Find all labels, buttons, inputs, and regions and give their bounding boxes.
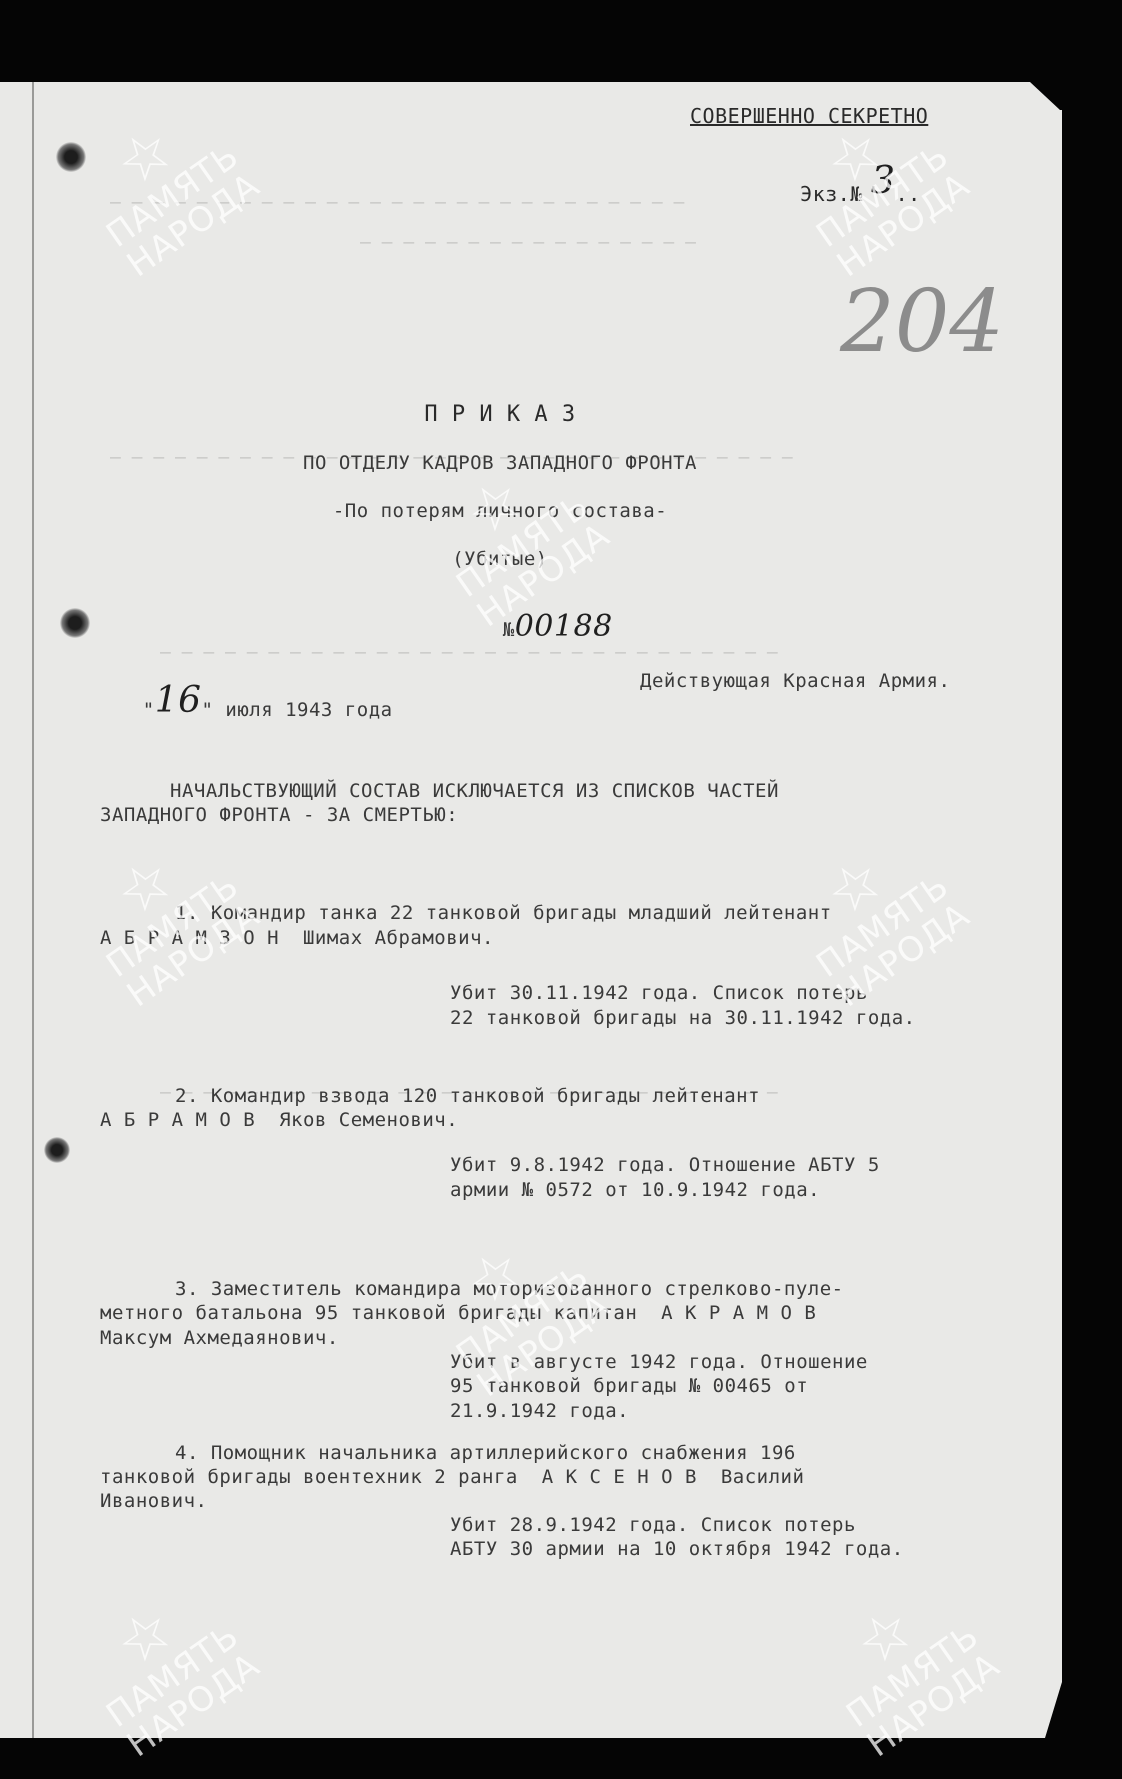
entry-note: 22 танковой бригады на 30.11.1942 года. (450, 1007, 916, 1029)
preamble-line: НАЧАЛЬСТВУЮЩИЙ СОСТАВ ИСКЛЮЧАЕТСЯ ИЗ СПИ… (170, 780, 779, 802)
entry-line: А Б Р А М О В Яков Семенович. (100, 1109, 458, 1131)
order-date: "16" июля 1943 года (95, 662, 393, 747)
preamble-line: ЗАПАДНОГО ФРОНТА - ЗА СМЕРТЬЮ: (100, 804, 458, 826)
margin-fold-line (32, 82, 34, 1738)
entry-line: 2. Командир взвода 120 танковой бригады … (175, 1085, 760, 1107)
order-title: П Р И К А З (0, 402, 1000, 427)
entry-note: Убит 9.8.1942 года. Отношение АБТУ 5 (450, 1154, 880, 1176)
entry-line: танковой бригады воентехник 2 ранга А К … (100, 1466, 804, 1488)
entry-line: 1. Командир танка 22 танковой бригады мл… (175, 902, 832, 924)
entry-note: Убит 30.11.1942 года. Список потерь (450, 982, 868, 1004)
army-label: Действующая Красная Армия. (640, 670, 950, 692)
entry-note: АБТУ 30 армии на 10 октября 1942 года. (450, 1538, 904, 1560)
pencil-page-annotation: 204 (840, 272, 1004, 372)
entry-note: Убит 28.9.1942 года. Список потерь (450, 1514, 856, 1536)
entry-line: 4. Помощник начальника артиллерийского с… (175, 1442, 796, 1464)
entry-note: армии № 0572 от 10.9.1942 года. (450, 1179, 820, 1201)
handwritten-order-number: 00188 (515, 609, 613, 644)
punch-hole (44, 1137, 70, 1163)
handwritten-day: 16 (155, 680, 202, 721)
punch-hole (60, 608, 90, 638)
entry-line: Иванович. (100, 1490, 207, 1512)
entry-line: Максум Ахмедаянович. (100, 1327, 339, 1349)
entry-note: 21.9.1942 года. (450, 1400, 629, 1422)
date-month-year: июля 1943 года (225, 699, 392, 721)
bleed-through-text: – – – – – – – – – – – – – – – – (360, 232, 696, 253)
